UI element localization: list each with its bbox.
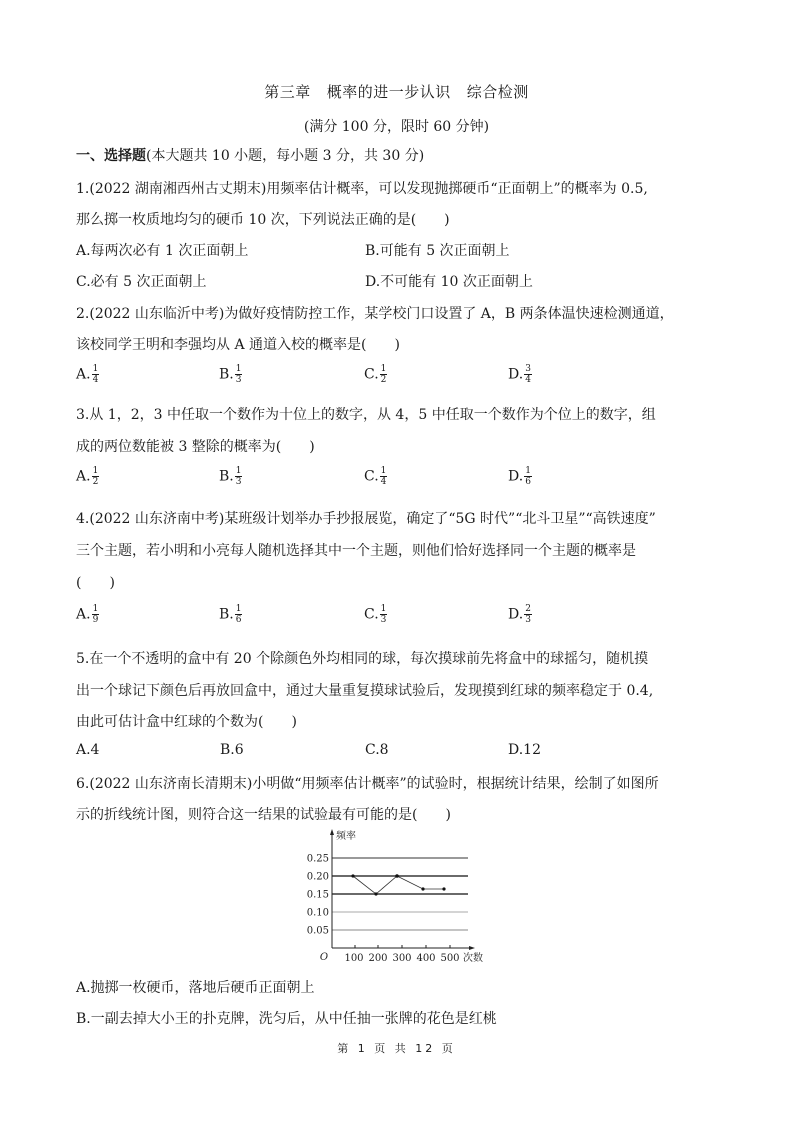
question-6-line-2: 示的折线统计图，则符合这一结果的试验最有可能的是( ) [76, 804, 451, 824]
question-3-option-c: C.14 [364, 466, 387, 487]
denominator: 4 [524, 375, 532, 385]
page-title: 第三章概率的进一步认识综合检测 [0, 81, 793, 102]
numerator: 1 [92, 364, 100, 375]
data-point [374, 892, 377, 895]
fraction: 12 [92, 466, 100, 487]
numerator: 1 [92, 604, 100, 615]
fraction: 14 [380, 466, 388, 487]
denominator: 3 [235, 477, 243, 487]
page-number: 第 1 页 共 12 页 [0, 1040, 793, 1056]
y-axis-label: 频率 [336, 829, 356, 842]
question-1-option-c: C.必有 5 次正面朝上 [76, 271, 206, 291]
page-subtitle: (满分 100 分，限时 60 分钟) [0, 116, 793, 136]
numerator: 3 [524, 364, 532, 375]
option-label: C. [364, 607, 379, 623]
title-topic: 概率的进一步认识 [327, 83, 451, 101]
denominator: 6 [235, 615, 243, 625]
denominator: 6 [524, 477, 532, 487]
question-4-line-1: 4.(2022 山东济南中考)某班级计划举办手抄报展览，确定了“5G 时代”“北… [76, 508, 656, 528]
question-5-line-2: 出一个球记下颜色后再放回盒中，通过大量重复摸球试验后，发现摸到红球的频率稳定于 … [76, 680, 653, 700]
question-3-line-2: 成的两位数能被 3 整除的概率为( ) [76, 436, 315, 456]
section-heading: 一、选择题(本大题共 10 小题，每小题 3 分，共 30 分) [76, 145, 424, 165]
question-4-option-d: D.23 [508, 604, 532, 625]
denominator: 2 [380, 375, 388, 385]
x-axis-arrow-icon [469, 946, 475, 950]
denominator: 4 [380, 477, 388, 487]
numerator: 1 [524, 466, 532, 477]
denominator: 2 [92, 477, 100, 487]
ytick-label: 0.15 [307, 890, 329, 901]
question-1-option-d: D.不可能有 10 次正面朝上 [365, 271, 533, 291]
question-1-option-b: B.可能有 5 次正面朝上 [365, 240, 510, 260]
question-1-line-2: 那么掷一枚质地均匀的硬币 10 次，下列说法正确的是( ) [76, 209, 450, 229]
option-label: C. [364, 367, 379, 383]
question-1-line-1: 1.(2022 湖南湘西州古丈期末)用频率估计概率，可以发现抛掷硬币“正面朝上”… [76, 178, 648, 198]
numerator: 1 [235, 364, 243, 375]
origin-label: O [320, 952, 328, 963]
question-1-option-a: A.每两次必有 1 次正面朝上 [76, 240, 248, 260]
numerator: 1 [92, 466, 100, 477]
question-6-option-b: B.一副去掉大小王的扑克牌，洗匀后，从中任抽一张牌的花色是红桃 [76, 1008, 497, 1028]
section-title: 一、选择题 [76, 148, 146, 164]
y-axis-arrow-icon [330, 829, 334, 835]
ytick-label: 0.05 [307, 926, 329, 937]
option-label: D. [508, 469, 523, 485]
ytick-label: 0.10 [307, 908, 329, 919]
question-3-option-d: D.16 [508, 466, 532, 487]
numerator: 1 [235, 466, 243, 477]
numerator: 2 [524, 604, 532, 615]
section-note: (本大题共 10 小题，每小题 3 分，共 30 分) [146, 148, 424, 164]
option-label: A. [76, 367, 91, 383]
xtick-label: 500 [440, 953, 459, 964]
title-chapter: 第三章 [264, 83, 311, 101]
question-5-option-b: B.6 [220, 742, 244, 758]
option-label: B. [219, 367, 234, 383]
question-4-option-c: C.13 [364, 604, 387, 625]
fraction: 16 [524, 466, 532, 487]
xtick-label: 300 [392, 953, 411, 964]
question-6-line-1: 6.(2022 山东济南长清期末)小明做“用频率估计概率”的试验时，根据统计结果… [76, 773, 659, 793]
fraction: 13 [380, 604, 388, 625]
numerator: 1 [380, 364, 388, 375]
denominator: 9 [92, 615, 100, 625]
denominator: 4 [92, 375, 100, 385]
option-label: A. [76, 469, 91, 485]
question-2-option-c: C.12 [364, 364, 387, 385]
option-label: D. [508, 367, 523, 383]
data-point [351, 874, 354, 877]
fraction: 19 [92, 604, 100, 625]
question-2-line-2: 该校同学王明和李强均从 A 通道入校的概率是( ) [76, 334, 400, 354]
data-point [442, 887, 445, 890]
question-3-option-a: A.12 [76, 466, 99, 487]
xtick-label: 100 [344, 953, 363, 964]
option-label: C. [364, 469, 379, 485]
question-4-option-a: A.19 [76, 604, 99, 625]
denominator: 3 [380, 615, 388, 625]
numerator: 1 [380, 466, 388, 477]
question-5-line-1: 5.在一个不透明的盒中有 20 个除颜色外均相同的球，每次摸球前先将盒中的球摇匀… [76, 648, 648, 668]
xtick-label: 400 [416, 953, 435, 964]
question-6-option-a: A.抛掷一枚硬币，落地后硬币正面朝上 [76, 977, 315, 997]
fraction: 13 [235, 364, 243, 385]
question-4-line-2: 三个主题，若小明和小亮每人随机选择其中一个主题，则他们恰好选择同一个主题的概率是 [76, 540, 636, 560]
question-2-line-1: 2.(2022 山东临沂中考)为做好疫情防控工作，某学校门口设置了 A，B 两条… [76, 303, 674, 323]
question-4-line-3: ( ) [76, 572, 115, 592]
question-5-option-c: C.8 [365, 742, 389, 758]
fraction: 16 [235, 604, 243, 625]
option-label: D. [508, 607, 523, 623]
title-test: 综合检测 [467, 83, 529, 101]
question-2-option-b: B.13 [219, 364, 242, 385]
x-axis-label: 次数 [463, 951, 483, 964]
fraction: 14 [92, 364, 100, 385]
ytick-label: 0.25 [307, 854, 329, 865]
fraction: 12 [380, 364, 388, 385]
option-label: B. [219, 607, 234, 623]
option-label: A. [76, 607, 91, 623]
frequency-line-chart: 0.25 0.20 0.15 0.10 0.05 O 100 200 300 4… [290, 825, 505, 970]
fraction: 13 [235, 466, 243, 487]
question-5-line-3: 由此可估计盒中红球的个数为( ) [76, 711, 297, 731]
numerator: 1 [380, 604, 388, 615]
xtick-label: 200 [368, 953, 387, 964]
question-5-option-a: A.4 [76, 742, 99, 758]
fraction: 34 [524, 364, 532, 385]
denominator: 3 [235, 375, 243, 385]
data-point [395, 874, 399, 878]
question-2-option-a: A.14 [76, 364, 99, 385]
frequency-series-line [353, 876, 444, 894]
question-4-option-b: B.16 [219, 604, 242, 625]
option-label: B. [219, 469, 234, 485]
question-3-option-b: B.13 [219, 466, 242, 487]
question-2-option-d: D.34 [508, 364, 532, 385]
numerator: 1 [235, 604, 243, 615]
denominator: 3 [524, 615, 532, 625]
question-5-option-d: D.12 [508, 742, 541, 758]
ytick-label: 0.20 [307, 872, 329, 883]
fraction: 23 [524, 604, 532, 625]
question-3-line-1: 3.从 1，2，3 中任取一个数作为十位上的数字，从 4，5 中任取一个数作为个… [76, 404, 656, 424]
data-point [421, 887, 424, 890]
